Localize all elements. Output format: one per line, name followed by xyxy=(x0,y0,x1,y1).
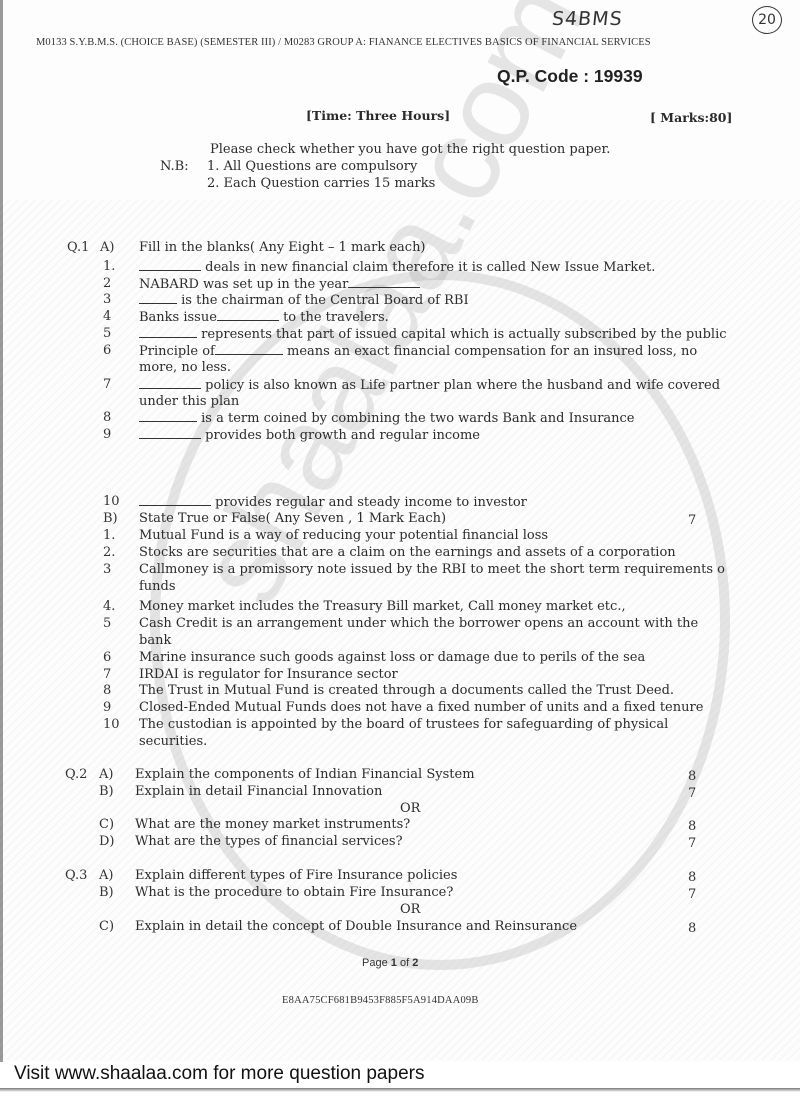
part-title: Fill in the blanks( Any Eight – 1 mark e… xyxy=(139,240,426,255)
part-label: B) xyxy=(103,511,118,526)
item-number: 9 xyxy=(103,427,111,442)
fill-blank-item: is a term coined by combining the two wa… xyxy=(139,410,635,426)
marks-value: 7 xyxy=(688,887,696,902)
part-title: State True or False( Any Seven , 1 Mark … xyxy=(139,511,446,526)
item-number: 9 xyxy=(103,700,111,715)
question-paper-page: shaalaa.com S4BMS 20 M0133 S.Y.B.M.S. (C… xyxy=(0,0,800,1062)
of-word: of xyxy=(400,957,409,969)
item-continuation: more, no less. xyxy=(139,360,231,375)
item-number: 10 xyxy=(103,717,120,732)
fill-blank-item: Banks issue to the travelers. xyxy=(139,309,389,325)
marks-value: 8 xyxy=(688,870,696,885)
question-number: Q.1 xyxy=(67,240,89,255)
part-label: B) xyxy=(99,885,114,900)
item-number: 3 xyxy=(103,562,111,577)
true-false-item: The Trust in Mutual Fund is created thro… xyxy=(139,683,674,698)
item-number: 10 xyxy=(103,494,120,509)
true-false-item: Marine insurance such goods against loss… xyxy=(139,650,645,665)
handwritten-note: S4BMS xyxy=(551,8,624,30)
part-label: C) xyxy=(99,817,114,832)
part-label: A) xyxy=(99,767,113,782)
item-number: 6 xyxy=(103,343,111,358)
marks-value: 7 xyxy=(688,786,696,801)
item-number: 1. xyxy=(103,259,115,274)
true-false-item: Money market includes the Treasury Bill … xyxy=(139,599,626,614)
question-text: Explain the components of Indian Financi… xyxy=(135,767,475,782)
item-number: 2. xyxy=(103,545,115,560)
fill-blank-item: deals in new financial claim therefore i… xyxy=(139,259,655,275)
question-number: Q.2 xyxy=(65,767,87,782)
page-current: 1 xyxy=(391,957,397,969)
nb-label: N.B: xyxy=(160,159,189,174)
question-text: What is the procedure to obtain Fire Ins… xyxy=(135,885,453,900)
blank-line xyxy=(348,276,420,288)
blank-line xyxy=(139,326,197,338)
true-false-item: Stocks are securities that are a claim o… xyxy=(139,545,676,560)
exam-marks: [ Marks:80] xyxy=(650,110,732,125)
question-text: What are the types of financial services… xyxy=(135,834,403,849)
page-number: Page 1 of 2 xyxy=(362,957,418,969)
or-separator: OR xyxy=(400,902,420,917)
fill-blank-item: provides regular and steady income to in… xyxy=(139,494,527,510)
fill-blank-item: is the chairman of the Central Board of … xyxy=(139,292,469,308)
item-number: 4 xyxy=(103,309,111,324)
fill-blank-item: policy is also known as Life partner pla… xyxy=(139,377,720,393)
nb-item: 2. Each Question carries 15 marks xyxy=(207,176,435,191)
qp-code: Q.P. Code : 19939 xyxy=(497,66,643,87)
fill-blank-item: represents that part of issued capital w… xyxy=(139,326,727,342)
scan-edge xyxy=(0,0,3,1062)
part-label: A) xyxy=(99,868,113,883)
item-continuation: securities. xyxy=(139,734,207,749)
page-word: Page xyxy=(362,957,388,969)
blank-line xyxy=(139,259,201,271)
true-false-item: Mutual Fund is a way of reducing your po… xyxy=(139,528,548,543)
true-false-item: IRDAI is regulator for Insurance sector xyxy=(139,667,398,682)
true-false-item: The custodian is appointed by the board … xyxy=(139,717,668,732)
part-label: B) xyxy=(99,784,114,799)
marks-value: 8 xyxy=(688,819,696,834)
blank-line xyxy=(139,410,197,422)
item-number: 5 xyxy=(103,616,111,631)
document-hash: E8AA75CF681B9453F885F5A914DAA09B xyxy=(282,995,479,1006)
course-header: M0133 S.Y.B.M.S. (CHOICE BASE) (SEMESTER… xyxy=(36,37,651,48)
item-number: 8 xyxy=(103,683,111,698)
blank-line xyxy=(139,427,201,439)
fill-blank-item: provides both growth and regular income xyxy=(139,427,480,443)
part-label: D) xyxy=(99,834,115,849)
part-label: A) xyxy=(100,240,114,255)
marks-value: 8 xyxy=(688,769,696,784)
marks-value: 7 xyxy=(688,513,696,528)
marks-value: 8 xyxy=(688,921,696,936)
item-number: 1. xyxy=(103,528,115,543)
true-false-item: Cash Credit is an arrangement under whic… xyxy=(139,616,698,631)
item-continuation: bank xyxy=(139,633,171,648)
or-separator: OR xyxy=(400,801,420,816)
item-number: 8 xyxy=(103,410,111,425)
item-continuation: under this plan xyxy=(139,394,239,409)
fill-blank-item: NABARD was set up in the year xyxy=(139,276,420,292)
footer-shadow xyxy=(0,1088,800,1092)
exam-time: [Time: Three Hours] xyxy=(306,108,450,123)
blank-line xyxy=(217,309,279,321)
blank-line xyxy=(215,343,283,355)
handwritten-circled-number: 20 xyxy=(752,6,782,34)
item-number: 5 xyxy=(103,326,111,341)
blank-line xyxy=(139,377,201,389)
question-text: Explain in detail Financial Innovation xyxy=(135,784,382,799)
item-number: 7 xyxy=(103,667,111,682)
fill-blank-item: Principle of means an exact financial co… xyxy=(139,343,697,359)
page-total: 2 xyxy=(412,957,418,969)
true-false-item: Callmoney is a promissory note issued by… xyxy=(139,562,725,577)
question-text: Explain in detail the concept of Double … xyxy=(135,919,577,934)
question-text: What are the money market instruments? xyxy=(135,817,410,832)
marks-value: 7 xyxy=(688,836,696,851)
blank-line xyxy=(139,292,177,304)
item-number: 3 xyxy=(103,292,111,307)
true-false-item: Closed-Ended Mutual Funds does not have … xyxy=(139,700,703,715)
question-number: Q.3 xyxy=(65,868,87,883)
part-label: C) xyxy=(99,919,114,934)
item-continuation: funds xyxy=(139,579,176,594)
blank-line xyxy=(139,494,211,506)
nb-item: 1. All Questions are compulsory xyxy=(207,159,417,174)
site-footer-link[interactable]: Visit www.shaalaa.com for more question … xyxy=(14,1063,424,1085)
item-number: 4. xyxy=(103,599,115,614)
item-number: 7 xyxy=(103,377,111,392)
question-text: Explain different types of Fire Insuranc… xyxy=(135,868,457,883)
item-number: 6 xyxy=(103,650,111,665)
item-number: 2 xyxy=(103,276,111,291)
check-instruction: Please check whether you have got the ri… xyxy=(210,142,610,157)
